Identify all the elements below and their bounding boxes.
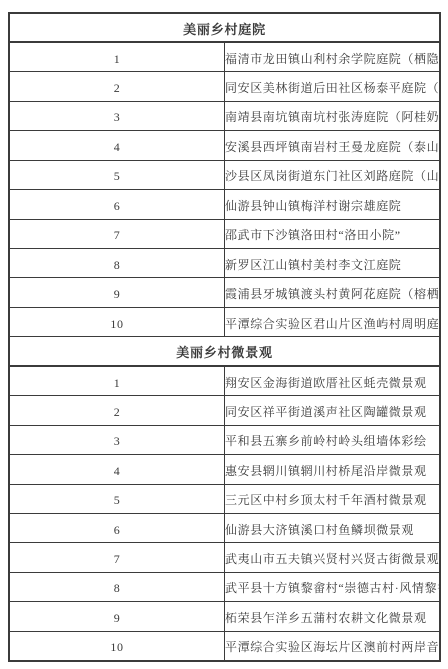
row-number: 8	[9, 249, 225, 278]
row-text: 平潭综合实验区君山片区渔屿村周明庭院	[225, 307, 441, 336]
table-row: 2 同安区美林街道后田社区杨泰平庭院（拾厝）	[9, 72, 440, 101]
table-row: 7 邵武市下沙镇洛田村“洛田小院”	[9, 219, 440, 248]
row-text: 福清市龙田镇山利村余学院庭院（栖隐岛居）	[225, 42, 441, 71]
document-page: 美丽乡村庭院 1 福清市龙田镇山利村余学院庭院（栖隐岛居） 2 同安区美林街道后…	[0, 0, 448, 669]
table-row: 1 福清市龙田镇山利村余学院庭院（栖隐岛居）	[9, 42, 440, 71]
row-text: 仙游县钟山镇梅洋村谢宗雄庭院	[225, 190, 441, 219]
row-number: 2	[9, 72, 225, 101]
row-text: 沙县区凤岗街道东门社区刘路庭院（山雀宿集）	[225, 160, 441, 189]
table-row: 10 平潭综合实验区君山片区渔屿村周明庭院	[9, 307, 440, 336]
row-number: 3	[9, 101, 225, 130]
row-text: 新罗区江山镇村美村李文江庭院	[225, 249, 441, 278]
table-row: 10 平潭综合实验区海坛片区澳前村两岸音乐街区微景观	[9, 631, 440, 660]
row-number: 1	[9, 366, 225, 395]
row-text: 同安区祥平街道溪声社区陶罐微景观	[225, 396, 441, 425]
table-row: 5 三元区中村乡顶太村千年酒村微景观	[9, 484, 440, 513]
row-text: 平和县五寨乡前岭村岭头组墙体彩绘	[225, 425, 441, 454]
row-number: 5	[9, 484, 225, 513]
row-text: 武夷山市五夫镇兴贤村兴贤古街微景观	[225, 543, 441, 572]
row-number: 6	[9, 190, 225, 219]
row-number: 7	[9, 219, 225, 248]
table-row: 6 仙游县钟山镇梅洋村谢宗雄庭院	[9, 190, 440, 219]
row-number: 1	[9, 42, 225, 71]
row-text: 翔安区金海街道欧厝社区蚝壳微景观	[225, 366, 441, 395]
row-number: 8	[9, 572, 225, 601]
table-row: 8 武平县十方镇黎畲村“崇德古村·风情黎畲”微景观	[9, 572, 440, 601]
table-row: 5 沙县区凤岗街道东门社区刘路庭院（山雀宿集）	[9, 160, 440, 189]
table-row: 9 柘荣县乍洋乡五蒲村农耕文化微景观	[9, 602, 440, 631]
table-row: 3 南靖县南坑镇南坑村张涛庭院（阿桂奶奶小院）	[9, 101, 440, 130]
row-number: 7	[9, 543, 225, 572]
table-row: 6 仙游县大济镇溪口村鱼鳞坝微景观	[9, 513, 440, 542]
row-number: 3	[9, 425, 225, 454]
row-text: 同安区美林街道后田社区杨泰平庭院（拾厝）	[225, 72, 441, 101]
row-number: 4	[9, 455, 225, 484]
section-header-row: 美丽乡村微景观	[9, 337, 440, 366]
table-row: 8 新罗区江山镇村美村李文江庭院	[9, 249, 440, 278]
section-header-row: 美丽乡村庭院	[9, 13, 440, 42]
row-text: 武平县十方镇黎畲村“崇德古村·风情黎畲”微景观	[225, 572, 441, 601]
table-row: 4 安溪县西坪镇南岩村王曼龙庭院（泰山楼）	[9, 131, 440, 160]
row-number: 10	[9, 307, 225, 336]
section-title: 美丽乡村微景观	[9, 337, 440, 366]
row-text: 三元区中村乡顶太村千年酒村微景观	[225, 484, 441, 513]
row-number: 10	[9, 631, 225, 660]
row-number: 6	[9, 513, 225, 542]
row-text: 柘荣县乍洋乡五蒲村农耕文化微景观	[225, 602, 441, 631]
section-title: 美丽乡村庭院	[9, 13, 440, 42]
row-number: 9	[9, 602, 225, 631]
table-row: 9 霞浦县牙城镇渡头村黄阿花庭院（榕栖居）	[9, 278, 440, 307]
row-text: 霞浦县牙城镇渡头村黄阿花庭院（榕栖居）	[225, 278, 441, 307]
row-number: 9	[9, 278, 225, 307]
row-text: 南靖县南坑镇南坑村张涛庭院（阿桂奶奶小院）	[225, 101, 441, 130]
row-number: 4	[9, 131, 225, 160]
table-row: 4 惠安县辋川镇辋川村桥尾沿岸微景观	[9, 455, 440, 484]
table-row: 2 同安区祥平街道溪声社区陶罐微景观	[9, 396, 440, 425]
row-number: 5	[9, 160, 225, 189]
row-text: 邵武市下沙镇洛田村“洛田小院”	[225, 219, 441, 248]
row-number: 2	[9, 396, 225, 425]
row-text: 惠安县辋川镇辋川村桥尾沿岸微景观	[225, 455, 441, 484]
row-text: 安溪县西坪镇南岩村王曼龙庭院（泰山楼）	[225, 131, 441, 160]
row-text: 平潭综合实验区海坛片区澳前村两岸音乐街区微景观	[225, 631, 441, 660]
awards-table: 美丽乡村庭院 1 福清市龙田镇山利村余学院庭院（栖隐岛居） 2 同安区美林街道后…	[8, 12, 441, 662]
table-row: 1 翔安区金海街道欧厝社区蚝壳微景观	[9, 366, 440, 395]
table-row: 3 平和县五寨乡前岭村岭头组墙体彩绘	[9, 425, 440, 454]
table-row: 7 武夷山市五夫镇兴贤村兴贤古街微景观	[9, 543, 440, 572]
row-text: 仙游县大济镇溪口村鱼鳞坝微景观	[225, 513, 441, 542]
